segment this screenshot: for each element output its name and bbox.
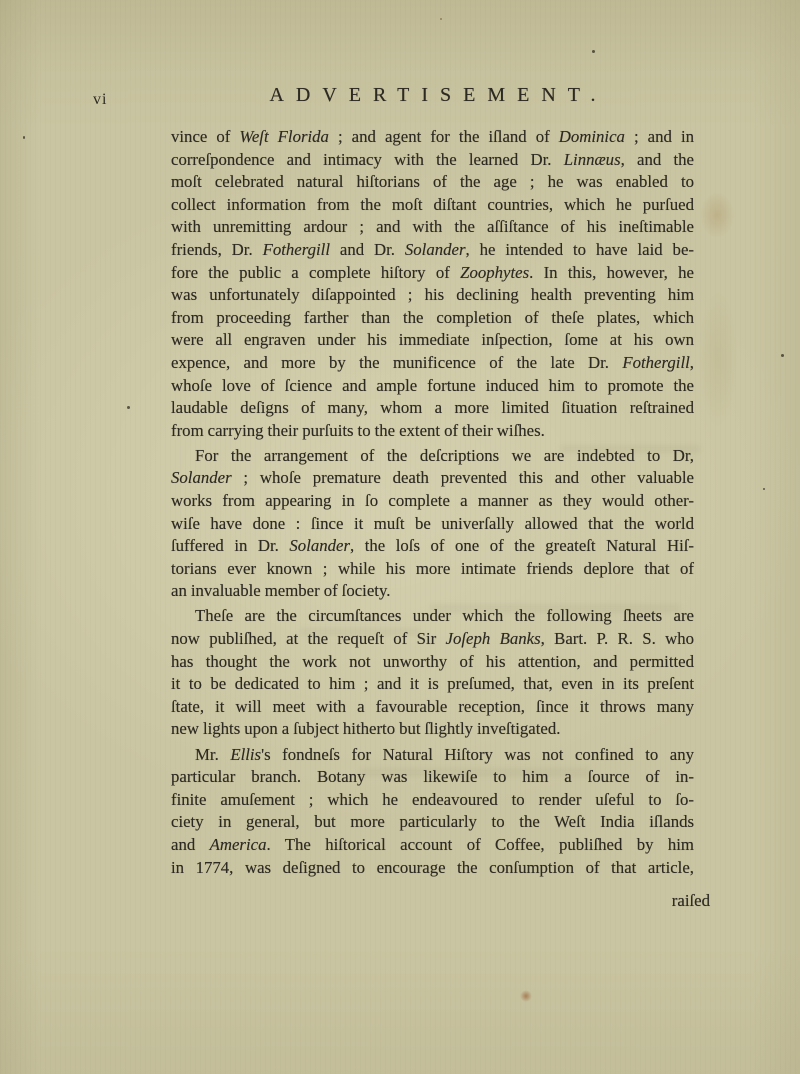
text-segment: Theſe are the circumſtances under which … [195,606,694,625]
text-line: from proceeding farther than the complet… [171,307,694,330]
text-segment: , [690,353,694,372]
text-line: friends, Dr. Fothergill and Dr. Solander… [171,239,694,262]
text-segment: ; and agent for the iſland of [329,127,559,146]
italic-text-segment: Joſeph Banks [446,629,541,648]
italic-text-segment: Fothergill [263,240,330,259]
text-line: has thought the work not unworthy of his… [171,651,694,674]
catchword: raiſed [171,891,710,911]
text-line: it to be dedicated to him ; and it is pr… [171,673,694,696]
italic-text-segment: Solander [171,468,232,487]
text-segment: it to be dedicated to him ; and it is pr… [171,674,694,693]
text-segment: ſtate, it will meet with a favourable re… [171,697,694,716]
text-segment: was unfortunately diſappointed ; his dec… [171,285,694,304]
text-line: wiſe have done : ſince it muſt be univer… [171,513,694,536]
text-segment: fore the public a complete hiſtory of [171,263,460,282]
text-segment: now publiſhed, at the requeſt of Sir [171,629,446,648]
paragraph: Mr. Ellis's fondneſs for Natural Hiſtory… [171,744,694,880]
text-segment: , and the [621,150,694,169]
italic-text-segment: Solander [405,240,466,259]
text-segment: has thought the work not unworthy of his… [171,652,694,671]
text-segment: collect information from the moſt diſtan… [171,195,694,214]
text-segment: laudable deſigns of many, whom a more li… [171,398,694,417]
text-segment: with unremitting ardour ; and with the a… [171,217,694,236]
text-segment: friends, Dr. [171,240,263,259]
text-line: Theſe are the circumſtances under which … [171,605,694,628]
italic-text-segment: Linnæus [564,150,621,169]
text-segment: expence, and more by the munificence of … [171,353,622,372]
italic-text-segment: America [210,835,267,854]
text-segment: new lights upon a ſubject hitherto but ſ… [171,719,560,738]
text-segment: in 1774, was deſigned to encourage the c… [171,858,694,877]
italic-text-segment: Zoophytes [460,263,529,282]
text-line: now publiſhed, at the requeſt of Sir Joſ… [171,628,694,651]
text-segment: were all engraven under his immediate in… [171,330,694,349]
paragraph: Theſe are the circumſtances under which … [171,605,694,741]
text-line: particular branch. Botany was likewiſe t… [171,766,694,789]
text-segment: particular branch. Botany was likewiſe t… [171,767,694,786]
italic-text-segment: Fothergill [622,353,689,372]
text-segment: ; whoſe premature death prevented this a… [232,468,694,487]
text-segment: 's fondneſs for Natural Hiſtory was not … [261,745,694,764]
text-line: from carrying their purſuits to the exte… [171,420,694,443]
text-line: correſpondence and intimacy with the lea… [171,149,694,172]
text-line: Mr. Ellis's fondneſs for Natural Hiſtory… [171,744,694,767]
text-line: were all engraven under his immediate in… [171,329,694,352]
text-segment: , the loſs of one of the greateſt Natura… [350,536,694,555]
page-title: ADVERTISEMENT. [171,84,694,107]
text-line: and America. The hiſtorical account of C… [171,834,694,857]
text-line: works from appearing in ſo complete a ma… [171,490,694,513]
paragraph: For the arrangement of the deſcriptions … [171,445,694,603]
text-line: collect information from the moſt diſtan… [171,194,694,217]
text-segment: moſt celebrated natural hiſtorians of th… [171,172,694,191]
text-line: in 1774, was deſigned to encourage the c… [171,857,694,880]
advertisement-text: vince of Weſt Florida ; and agent for th… [171,126,694,879]
text-line: moſt celebrated natural hiſtorians of th… [171,171,694,194]
text-line: was unfortunately diſappointed ; his dec… [171,284,694,307]
text-segment: . In this, however, he [529,263,694,282]
italic-text-segment: Solander [289,536,350,555]
paragraph: vince of Weſt Florida ; and agent for th… [171,126,694,442]
italic-text-segment: Ellis [230,745,261,764]
page-header: vi ADVERTISEMENT. [0,84,800,114]
text-line: Solander ; whoſe premature death prevent… [171,467,694,490]
text-line: ciety in general, but more particularly … [171,811,694,834]
text-segment: wiſe have done : ſince it muſt be univer… [171,514,694,533]
text-segment: . The hiſtorical account of Coffee, publ… [266,835,694,854]
text-line: expence, and more by the munificence of … [171,352,694,375]
text-segment: correſpondence and intimacy with the lea… [171,150,564,169]
text-line: new lights upon a ſubject hitherto but ſ… [171,718,694,741]
text-segment: ; and in [625,127,694,146]
italic-text-segment: Dominica [559,127,625,146]
text-line: For the arrangement of the deſcriptions … [171,445,694,468]
text-line: torians ever known ; while his more inti… [171,558,694,581]
text-line: fore the public a complete hiſtory of Zo… [171,262,694,285]
text-line: with unremitting ardour ; and with the a… [171,216,694,239]
text-line: an invaluable member of ſociety. [171,580,694,603]
text-segment: finite amuſement ; which he endeavoured … [171,790,694,809]
text-segment: ciety in general, but more particularly … [171,812,694,831]
text-segment: from carrying their purſuits to the exte… [171,421,545,440]
text-line: finite amuſement ; which he endeavoured … [171,789,694,812]
text-line: laudable deſigns of many, whom a more li… [171,397,694,420]
text-segment: whoſe love of ſcience and ample fortune … [171,376,694,395]
text-segment: torians ever known ; while his more inti… [171,559,694,578]
text-segment: ſuffered in Dr. [171,536,289,555]
text-line: ſuffered in Dr. Solander, the loſs of on… [171,535,694,558]
page-number: vi [93,91,107,109]
text-segment: , Bart. P. R. S. who [541,629,694,648]
text-line: vince of Weſt Florida ; and agent for th… [171,126,694,149]
text-line: whoſe love of ſcience and ample fortune … [171,375,694,398]
text-segment: an invaluable member of ſociety. [171,581,390,600]
text-segment: Mr. [195,745,230,764]
text-segment: works from appearing in ſo complete a ma… [171,491,694,510]
text-segment: vince of [171,127,239,146]
text-line: ſtate, it will meet with a favourable re… [171,696,694,719]
text-segment: from proceeding farther than the complet… [171,308,694,327]
text-segment: and [171,835,210,854]
text-segment: , he intended to have laid be- [466,240,695,259]
italic-text-segment: Weſt Florida [239,127,329,146]
text-segment: and Dr. [330,240,405,259]
text-segment: For the arrangement of the deſcriptions … [195,446,694,465]
